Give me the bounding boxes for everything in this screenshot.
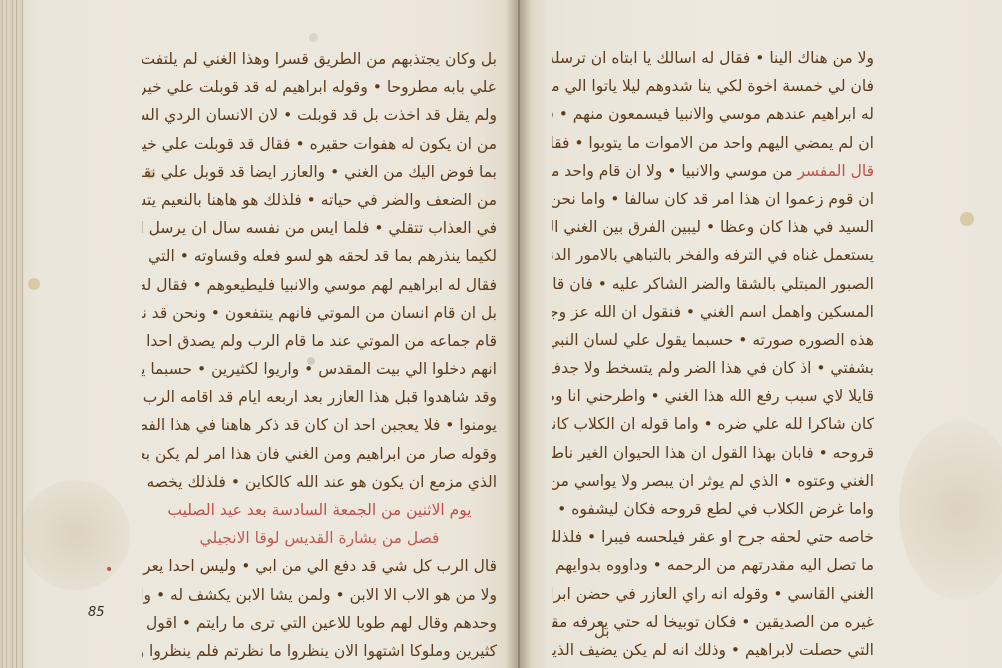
marginal-rubric: قال المفسر [797,162,874,180]
text-line: وقد شاهدوا قبل هذا العازر بعد اربعه ايام… [142,383,497,411]
text-line: من ان يكون له هفوات حقيره • فقال قد قوبل… [142,130,497,158]
text-line: المسكين واهمل اسم الغني • فنقول ان الله … [552,298,874,326]
text-line: الغني وعتوه • الذي لم يوثر ان يبصر ولا ي… [552,467,874,495]
text-line: فان لي خمسة اخوة لكي ينا شدوهم ليلا ياتو… [552,72,874,100]
text-line-content: من موسي والانبيا • ولا ان قام واحد من ال… [552,162,793,180]
text-line: ولم يقل قد اخذت بل قد قوبلت • لان الانسا… [142,101,497,129]
folio-number: 85 [88,605,105,620]
text-line: بل وكان يجتذبهم من الطريق قسرا وهذا الغن… [142,45,497,73]
text-line: ان قوم زعموا ان هذا امر قد كان سالفا • و… [552,185,874,213]
text-line: كان شاكرا لله علي ضره • واما قوله ان الك… [552,410,874,438]
text-line: علي بابه مطروحا • وقوله ابراهيم له قد قو… [142,73,497,101]
water-stain [899,420,1002,600]
text-line: ولا من هو الاب الا الابن • ولمن يشا الاب… [142,581,497,609]
text-line: في العذاب تتقلي • فلما ايس من نفسه سال ا… [142,214,497,242]
text-line: يومنوا • فلا يعجبن احد ان كان قد ذكر هاه… [142,411,497,439]
text-line: من الضعف والضر في حياته • فلذلك هو هاهنا… [142,186,497,214]
catchword: بل [594,622,610,640]
text-line: ان لم يمضي اليهم واحد من الاموات ما يتوب… [552,129,874,157]
text-line: قروحه • فابان بهذا القول ان هذا الحيوان … [552,439,874,467]
text-line: بشفتي • اذ كان في هذا الضر ولم يتسخط ولا… [552,354,874,382]
text-line: بل ان قام انسان من الموتي فانهم ينتفعون … [142,299,497,327]
text-line: وحدهم وقال لهم طوبا للاعين التي ترى ما ر… [142,609,497,637]
text-line: الذي مزمع ان يكون هو عند الله كالكاين • … [142,468,497,496]
text-line: فقال له ابراهيم لهم موسي والانبيا فليطيع… [142,271,497,299]
right-page-text: ولا من هناك الينا • فقال له اسالك يا ابت… [552,44,874,664]
text-line: ولا من هناك الينا • فقال له اسالك يا ابت… [552,44,874,72]
margin-mark: • [105,562,113,578]
text-line: لكيما ينذرهم بما قد لحقه هو لسو فعله وقس… [142,242,497,270]
text-line: له ابراهيم عندهم موسي والانبيا فيسمعون م… [552,100,874,128]
rubric-heading: فصل من بشارة القديس لوقا الانجيلي [142,524,497,552]
text-line: بما فوض اليك من الغني • والعازر ايضا قد … [142,158,497,186]
gutter-binding [518,0,520,668]
rubric-heading: يوم الاثنين من الجمعة السادسة بعد عيد ال… [142,496,497,524]
text-line: هذه الصوره صورته • حسبما يقول علي لسان ا… [552,326,874,354]
text-line: قام جماعه من الموتي عند ما قام الرب ولم … [142,327,497,355]
text-line: كثيرين وملوكا اشتهوا الان ينظروا ما نظرت… [142,637,497,665]
left-page: بل وكان يجتذبهم من الطريق قسرا وهذا الغن… [0,0,519,668]
text-line: السيد في هذا كان وعظا • ليبين الفرق بين … [552,213,874,241]
water-stain [20,480,130,590]
text-line: قال الرب كل شي قد دفع الي من ابي • وليس … [142,552,497,580]
text-line: التي حصلت لابراهيم • وذلك انه لم يكن يضي… [552,636,874,664]
text-line: الصبور المبتلي بالشقا والضر الشاكر عليه … [552,270,874,298]
text-line: قايلا لاي سبب رفع الله هذا الغني • واطرح… [552,382,874,410]
text-line: قال المفسر من موسي والانبيا • ولا ان قام… [552,157,874,185]
manuscript-spread: بل وكان يجتذبهم من الطريق قسرا وهذا الغن… [0,0,1002,668]
text-line: انهم دخلوا الي بيت المقدس • واريوا لكثير… [142,355,497,383]
page-edges [0,0,24,668]
text-line: خاصه حتي لحقه جرح او عقر فيلحسه فيبرا • … [552,523,874,551]
ink-stain [28,278,40,290]
text-line: واما غرض الكلاب في لطع قروحه فكان ليشفوه… [552,495,874,523]
left-page-text: بل وكان يجتذبهم من الطريق قسرا وهذا الغن… [142,45,497,665]
text-line: ما تصل اليه مقدرتهم من الرحمه • وداووه ب… [552,551,874,579]
text-line: وقوله صار من ابراهيم ومن الغني فان هذا ا… [142,440,497,468]
text-line: يستعمل غناه في الترفه والفخر بالتباهي با… [552,241,874,269]
ink-stain [960,212,974,226]
ink-stain [309,33,318,42]
text-line: الغني القاسي • وقوله انه راي العازر في ح… [552,580,874,608]
